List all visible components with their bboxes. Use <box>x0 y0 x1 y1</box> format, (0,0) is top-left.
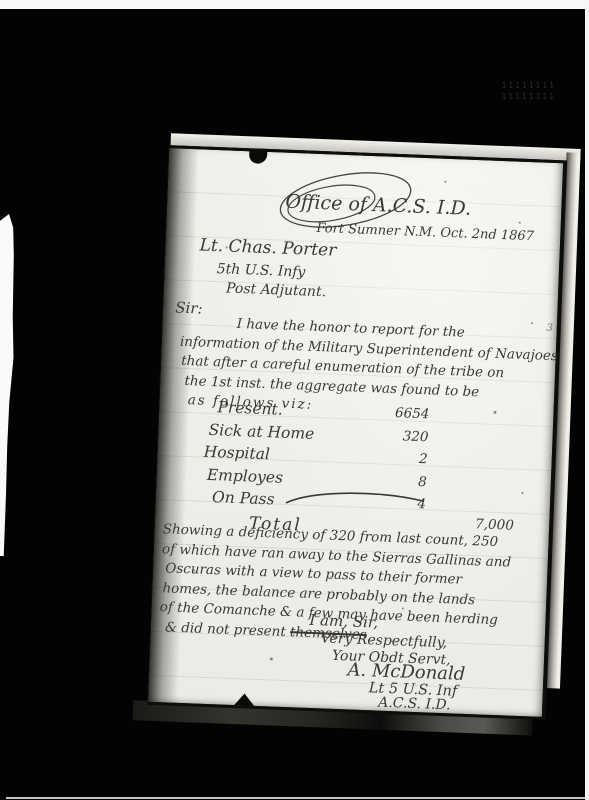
ink-speck <box>521 492 523 494</box>
tally-value: 6654 <box>369 404 430 429</box>
tally-label: On Pass <box>202 488 275 513</box>
mount-clip-bottom <box>234 693 254 706</box>
closing-line-1: I am, Sir, <box>309 611 378 632</box>
letter-page: 3 Office of A.C.S. I.D. Fort Sumner N.M.… <box>147 145 567 720</box>
adjacent-page-edge <box>0 214 15 556</box>
addressee-title: Post Adjutant. <box>226 280 327 300</box>
ink-speck <box>402 607 404 609</box>
faint-archive-stamp: 11111111 11111111 <box>466 80 556 106</box>
addressee-name: Lt. Chas. Porter <box>199 235 336 260</box>
ink-speck <box>531 322 533 324</box>
page-number-mark: 3 <box>546 323 553 334</box>
ink-speck <box>493 411 496 414</box>
place-date-line: Fort Sumner N.M. Oct. 2nd 1867 <box>316 221 534 244</box>
stamp-line: 11111111 <box>466 80 556 91</box>
ink-speck <box>193 569 195 571</box>
tally-total-value: 7,000 <box>475 516 514 533</box>
ink-speck <box>226 246 228 248</box>
scan-bottom-edge-line <box>6 797 585 799</box>
tally-value: 320 <box>368 427 429 452</box>
paragraph-line-prefix: & did not present <box>165 619 291 640</box>
tally-label: Present. <box>205 398 283 423</box>
ink-speck <box>310 390 312 392</box>
signature-office: A.C.S. I.D. <box>378 695 451 714</box>
ink-speck <box>270 657 273 660</box>
tally-value: 2 <box>367 449 428 474</box>
ink-speck <box>444 181 446 183</box>
document-mount: 3 Office of A.C.S. I.D. Fort Sumner N.M.… <box>142 133 581 745</box>
ink-speck <box>519 222 521 224</box>
tally-label: Employes <box>202 465 283 491</box>
scan-right-margin <box>585 7 589 800</box>
addressee-unit: 5th U.S. Infy <box>217 261 306 280</box>
scan-top-margin <box>0 0 589 9</box>
mount-clip-top <box>249 150 267 164</box>
stamp-line: 11111111 <box>466 91 556 102</box>
tally-label: Hospital <box>203 443 270 468</box>
scanned-document-photo: { "colors":{"background":"#030303","pape… <box>0 0 589 800</box>
